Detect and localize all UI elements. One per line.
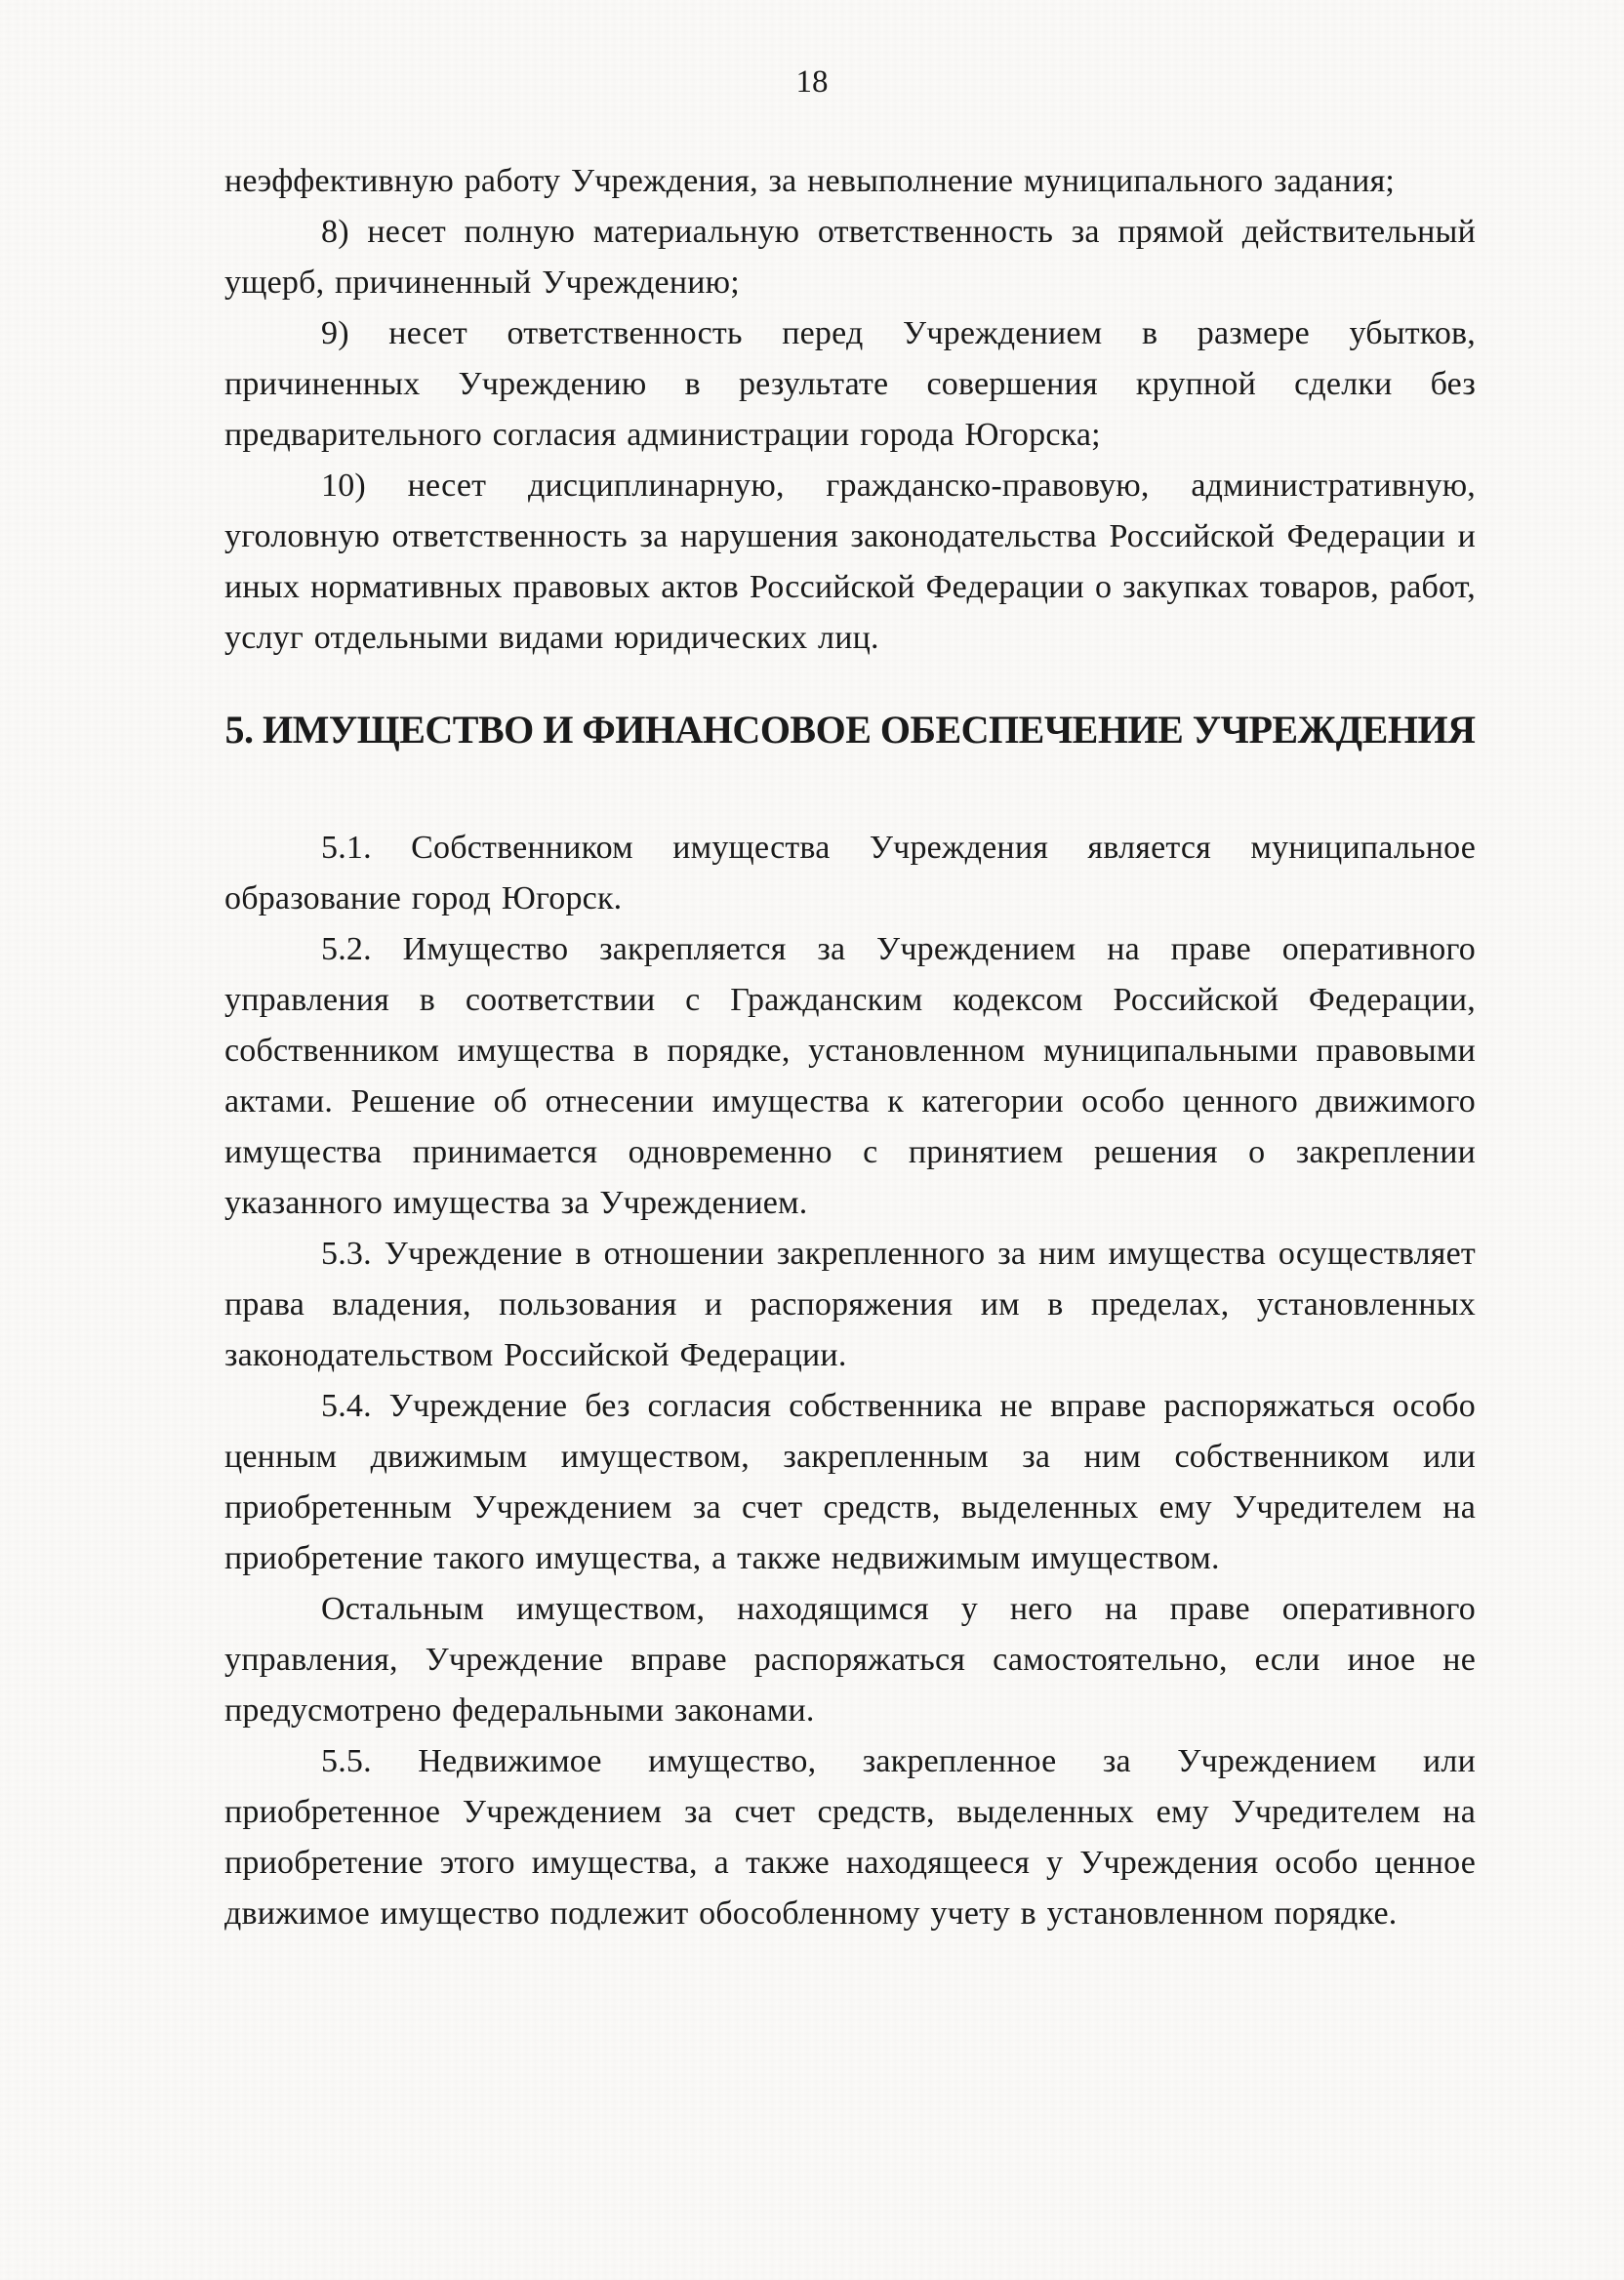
- paragraph-item-8: 8) несет полную материальную ответственн…: [224, 207, 1476, 308]
- scanned-document-page: 18 неэффективную работу Учреждения, за н…: [0, 0, 1624, 2280]
- paragraph-clause-5-4: 5.4. Учреждение без согласия собственник…: [224, 1381, 1476, 1584]
- paragraph-clause-5-3: 5.3. Учреждение в отношении закрепленног…: [224, 1229, 1476, 1381]
- paragraph-clause-5-1: 5.1. Собственником имущества Учреждения …: [224, 823, 1476, 924]
- page-number: 18: [0, 62, 1624, 102]
- paragraph-item-9: 9) несет ответственность перед Учреждени…: [224, 308, 1476, 461]
- document-body: неэффективную работу Учреждения, за невы…: [224, 156, 1476, 1939]
- paragraph-item-10: 10) несет дисциплинарную, гражданско-пра…: [224, 461, 1476, 664]
- paragraph-clause-5-5: 5.5. Недвижимое имущество, закрепленное …: [224, 1736, 1476, 1939]
- paragraph-clause-5-4-other-property: Остальным имуществом, находящимся у него…: [224, 1584, 1476, 1736]
- paragraph-continuation-item-7: неэффективную работу Учреждения, за невы…: [224, 156, 1476, 207]
- paragraph-clause-5-2: 5.2. Имущество закрепляется за Учреждени…: [224, 924, 1476, 1229]
- section-heading-5: 5. ИМУЩЕСТВО И ФИНАНСОВОЕ ОБЕСПЕЧЕНИЕ УЧ…: [224, 703, 1476, 757]
